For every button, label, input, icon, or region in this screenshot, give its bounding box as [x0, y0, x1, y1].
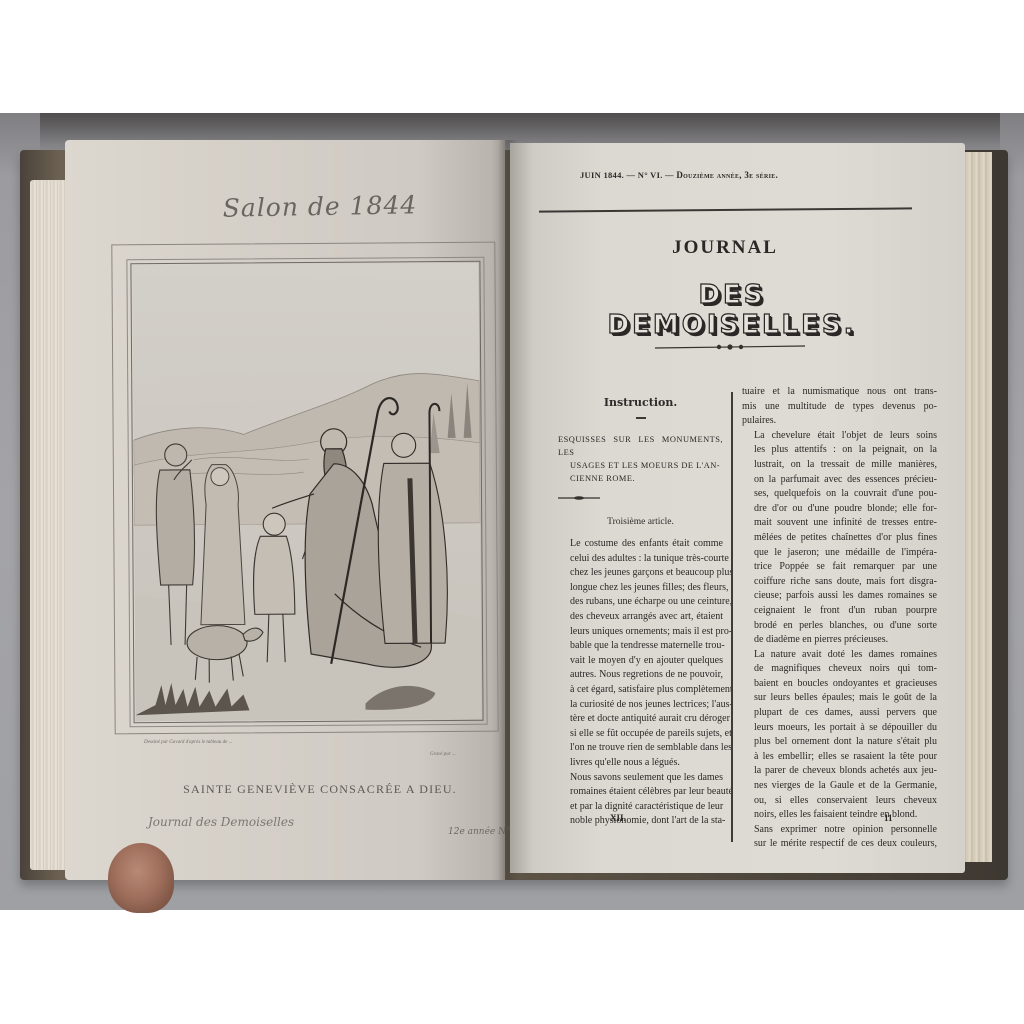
- text-line: baient en boucles ondoyantes et gracieus…: [742, 677, 937, 692]
- paragraph: Sans exprimer notre opinion personnelle …: [742, 823, 937, 852]
- text-line: noirs, elles les faisaient teindre en bl…: [742, 808, 937, 823]
- text-line: de magnifiques cheveux noirs qui tom-: [742, 662, 937, 677]
- text-line: plupart de ces dames, aussi pervers que: [742, 706, 937, 721]
- text-line: coiffure riche sans doute, mais fort dis…: [742, 575, 937, 590]
- plate-frame-inner: [130, 261, 483, 723]
- article-body-left: Le costume des enfants était comme celui…: [558, 537, 723, 829]
- running-head-issue: — N° VI. —: [627, 170, 674, 180]
- text-line: tère et docte antiquité aurait cru dérog…: [558, 712, 723, 727]
- text-column-left: Instruction. ESQUISSES SUR LES MONUMENTS…: [558, 393, 723, 829]
- text-line: ceignaient le front d'un ruban pourpre: [742, 604, 937, 619]
- masthead-demoiselles: DES DEMOISELLES.: [572, 280, 892, 340]
- text-line: ou, si elles conservaient leurs cheveux: [742, 794, 937, 809]
- text-line: leurs moeurs, les portait à se dépouille…: [742, 721, 937, 736]
- running-head-series: , 3e série.: [739, 170, 778, 180]
- text-line: on la parfumait avec des essences précie…: [742, 473, 937, 488]
- paragraph: Le costume des enfants était comme celui…: [558, 537, 723, 771]
- text-line: cieuse; parfois aussi les dames romaines…: [742, 589, 937, 604]
- text-line: vait le moyen d'y en ajouter quelques: [558, 654, 723, 669]
- text-line: Le costume des enfants était comme: [558, 537, 723, 552]
- text-line: des rubans, une écharpe ou une ceinture,: [558, 595, 723, 610]
- text-line: si elle se fût occupée de pareils sujets…: [558, 727, 723, 742]
- text-line: la parer de cheveux blonds achetés aux j…: [742, 764, 937, 779]
- text-line: que le jaseron; une médaille de l'impéra…: [742, 546, 937, 561]
- text-line: sur leurs belles épaules; mais le goût d…: [742, 691, 937, 706]
- text-line: ses, quelquefois on la couvrait d'une po…: [742, 487, 937, 502]
- text-line: livres qu'elle nous a légués.: [558, 756, 723, 771]
- text-line: de diadème en pierres précieuses.: [742, 633, 937, 648]
- engraver-credit-left: Dessiné par Gavard d'après le tableau de…: [144, 740, 232, 745]
- plate-caption: SAINTE GENEVIÈVE CONSACRÉE A DIEU.: [150, 782, 490, 797]
- text-line: nes vierges de la Gaule et de la Germani…: [742, 779, 937, 794]
- text-line: lustrait, on la tressait de mille manièr…: [742, 458, 937, 473]
- text-column-right: tuaire et la numismatique nous ont trans…: [742, 385, 937, 852]
- section-label: Instruction.: [558, 396, 723, 409]
- article-subtitle: Troisième article.: [558, 517, 723, 527]
- running-head-volume: Douzième année: [676, 170, 739, 180]
- paragraph: tuaire et la numismatique nous ont trans…: [742, 385, 937, 429]
- text-line: l'on ne trouve rien de semblable dans le…: [558, 741, 723, 756]
- text-line: longue chez les jeunes filles; des fleur…: [558, 581, 723, 596]
- text-line: romaines étaient célèbres par leur beaut…: [558, 785, 723, 800]
- running-head: JUIN 1844. — N° VI. — Douzième année, 3e…: [580, 170, 910, 180]
- text-line: les plus attentifs : on la peignait, on …: [742, 443, 937, 458]
- text-line: chez les jeunes garçons et beaucoup plus: [558, 566, 723, 581]
- text-line: Sans exprimer notre opinion personnelle: [742, 823, 937, 838]
- column-rule: [731, 392, 733, 842]
- text-line: noble physionomie, dont l'art de la sta-: [558, 814, 723, 829]
- masthead-journal: JOURNAL: [650, 237, 800, 259]
- thumb: [108, 843, 174, 913]
- article-title-line: USAGES ET LES MOEURS DE L'AN-: [558, 459, 723, 472]
- signature-mark: XII.: [610, 813, 626, 823]
- engraver-credit-right: Gravé par ...: [430, 752, 456, 757]
- text-line: trice Poppée se fait remarquer par une: [742, 560, 937, 575]
- text-line: mait souvent une infinité de tresses ent…: [742, 516, 937, 531]
- title-ornament-icon: [558, 496, 600, 500]
- section-rule: [636, 417, 646, 419]
- text-line: autres. Nous regretions de ne pouvoir,: [558, 668, 723, 683]
- text-line: pulaires.: [742, 414, 937, 429]
- text-line: plus bel ornement dont la nature s'était…: [742, 735, 937, 750]
- text-line: des cheveux arrangés avec art, étaient: [558, 610, 723, 625]
- text-line: brodé en perles blanches, ou d'une sorte: [742, 619, 937, 634]
- text-line: tuaire et la numismatique nous ont trans…: [742, 385, 937, 400]
- text-line: La nature avait doté les dames romaines: [742, 648, 937, 663]
- paragraph: Nous savons seulement que les dames roma…: [558, 771, 723, 829]
- running-head-date: JUIN 1844.: [580, 170, 624, 180]
- text-line: sur le mérite respectif de ces deux coul…: [742, 837, 937, 852]
- article-title-line: CIENNE ROME.: [558, 472, 723, 485]
- page-number: 11: [884, 813, 893, 823]
- masthead-ornament-icon: [655, 343, 805, 351]
- text-line: à cet égard, satisfaire plus complètemen…: [558, 683, 723, 698]
- text-line: la curiosité de nos jeunes lectrices; l'…: [558, 698, 723, 713]
- text-line: à les embellir; elles se rasaient la têt…: [742, 750, 937, 765]
- article-title-line: ESQUISSES SUR LES MONUMENTS, LES: [558, 433, 723, 459]
- text-line: bable que la tendresse maternelle trou-: [558, 639, 723, 654]
- plate-heading: Salon de 1844: [200, 190, 440, 223]
- article-body-right: tuaire et la numismatique nous ont trans…: [742, 385, 937, 852]
- text-line: celui des adultes : la tunique très-cour…: [558, 552, 723, 567]
- paragraph: La chevelure était l'objet de leurs soin…: [742, 429, 937, 648]
- paragraph: La nature avait doté les dames romaines …: [742, 648, 937, 823]
- plate-footer-journal: Journal des Demoiselles: [148, 815, 294, 829]
- article-title: ESQUISSES SUR LES MONUMENTS, LES USAGES …: [558, 433, 723, 485]
- text-line: mis une multitude de types devenus po-: [742, 400, 937, 415]
- text-line: et par la dignité caractéristique de leu…: [558, 800, 723, 815]
- text-line: leurs uniques ornements; mais il est pro…: [558, 625, 723, 640]
- text-line: dre d'or ou d'une poudre blonde; elle fo…: [742, 502, 937, 517]
- text-line: La chevelure était l'objet de leurs soin…: [742, 429, 937, 444]
- text-line: mêlées de petites chaînettes d'or plus f…: [742, 531, 937, 546]
- text-line: Nous savons seulement que les dames: [558, 771, 723, 786]
